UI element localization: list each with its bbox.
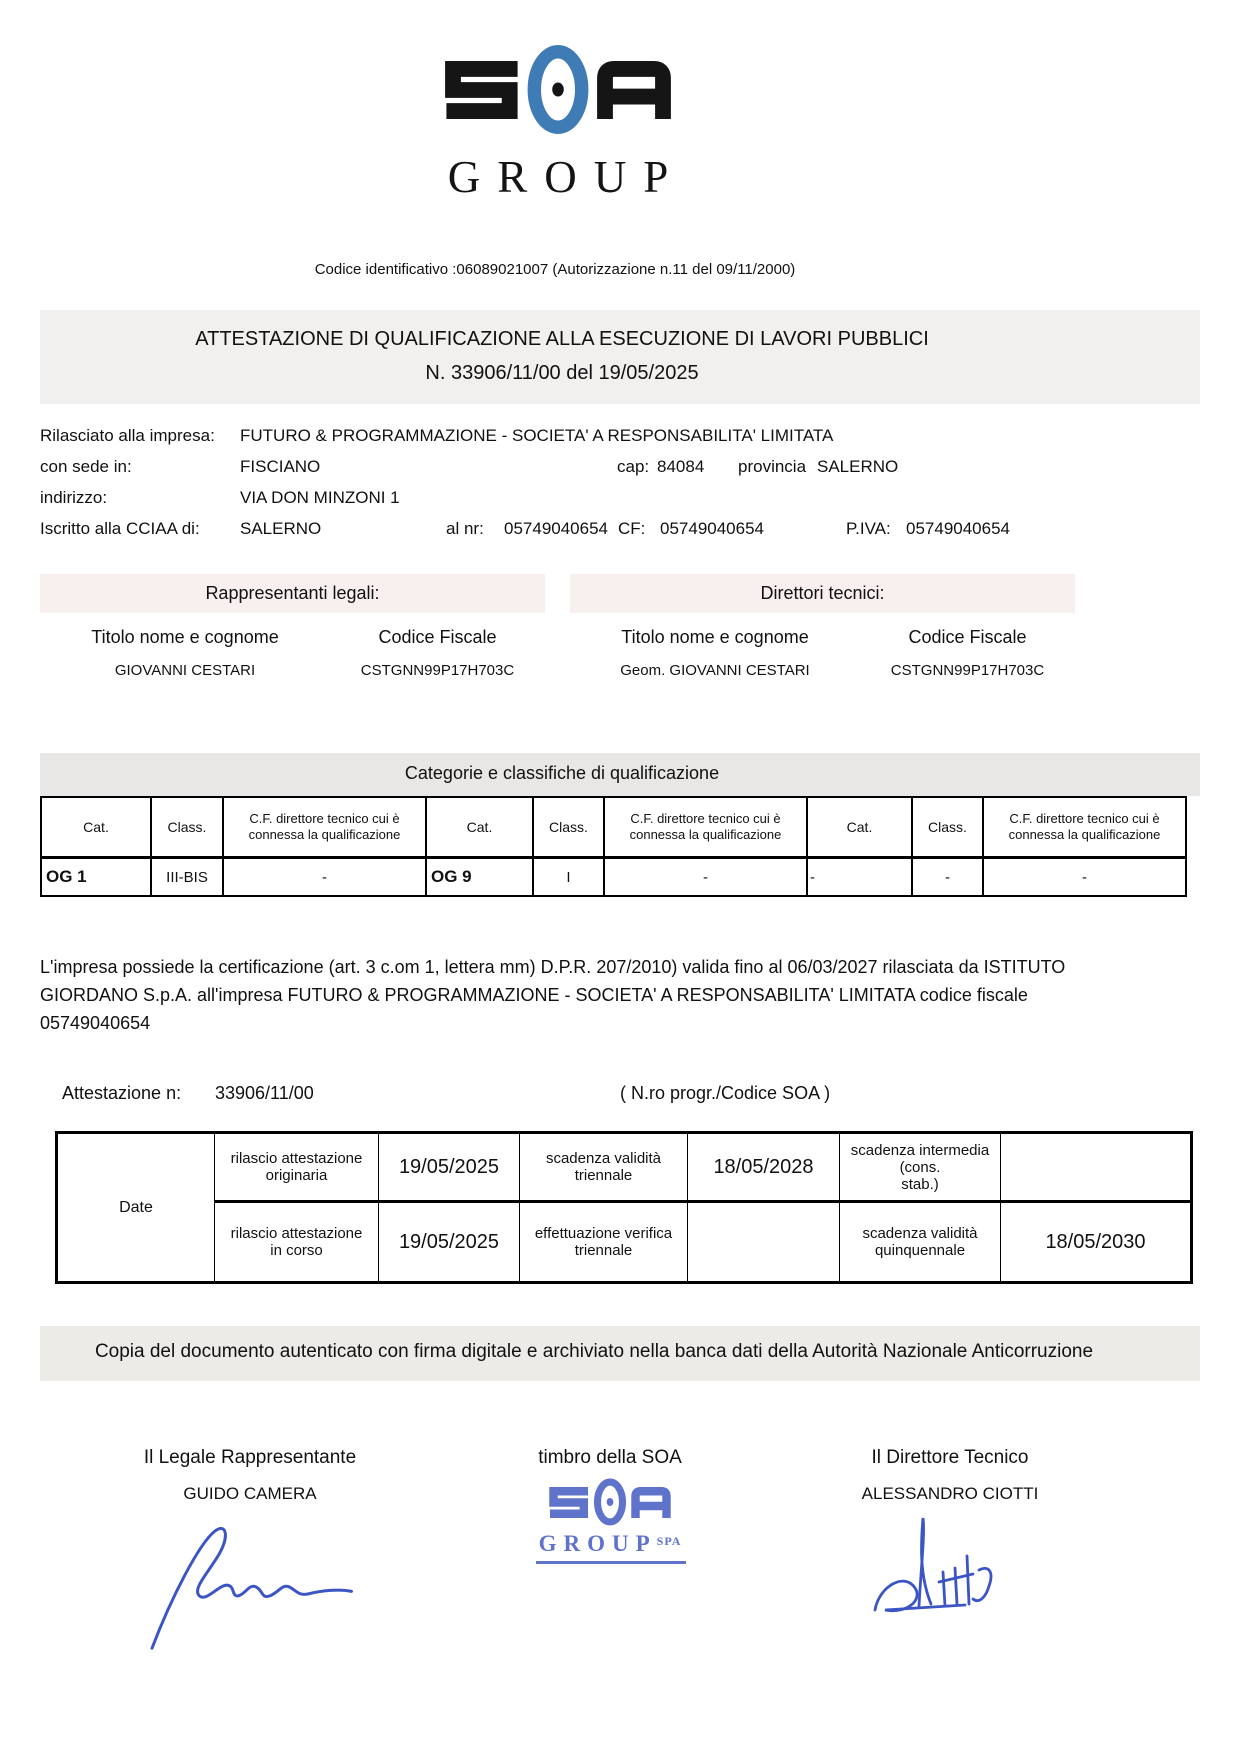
date-row-header: Date	[57, 1133, 215, 1283]
indirizzo-value: VIA DON MINZONI 1	[240, 488, 400, 508]
row-impresa: Rilasciato alla impresa: FUTURO & PROGRA…	[40, 426, 1200, 457]
provincia-value: SALERNO	[817, 457, 898, 477]
categorie-data-row: OG 1 III-BIS - OG 9 I - - - -	[41, 858, 1186, 897]
scadenza-intermedia-label: scadenza intermedia (cons. stab.)	[840, 1133, 1001, 1202]
legali-row: GIOVANNI CESTARI CSTGNN99P17H703C	[40, 662, 545, 679]
document-page: GROUP Codice identificativo :06089021007…	[40, 0, 1200, 1655]
categorie-header-row: Cat. Class. C.F. direttore tecnico cui è…	[41, 797, 1186, 858]
tecnici-row: Geom. GIOVANNI CESTARI CSTGNN99P17H703C	[570, 662, 1075, 679]
row-indirizzo: indirizzo: VIA DON MINZONI 1	[40, 488, 1200, 519]
class-value-3: -	[912, 858, 983, 897]
direttori-tecnici-block: Direttori tecnici: Titolo nome e cognome…	[570, 574, 1075, 679]
verifica-triennale-data	[688, 1202, 840, 1283]
col-cat-1: Cat.	[41, 797, 151, 858]
attestazione-numero: 33906/11/00	[215, 1083, 314, 1104]
company-info: Rilasciato alla impresa: FUTURO & PROGRA…	[40, 426, 1200, 550]
cf-value-3: -	[983, 858, 1186, 897]
alnr-value: 05749040654	[504, 519, 608, 539]
indirizzo-label: indirizzo:	[40, 488, 107, 508]
cap-value: 84084	[657, 457, 704, 477]
logo-group-text: GROUP	[398, 151, 718, 203]
stamp-spa-text: SPA	[657, 1534, 682, 1548]
anticorruzione-banner: Copia del documento autenticato con firm…	[40, 1326, 1200, 1381]
attestazione-title: ATTESTAZIONE DI QUALIFICAZIONE ALLA ESEC…	[54, 322, 1070, 356]
class-value-1: III-BIS	[151, 858, 223, 897]
piva-label: P.IVA:	[846, 519, 891, 539]
col-cat-3: Cat.	[807, 797, 912, 858]
cf-value-1: -	[223, 858, 426, 897]
direttori-header: Direttori tecnici:	[570, 574, 1075, 613]
legali-col-cf: Codice Fiscale	[330, 627, 545, 648]
timbro-title: timbro della SOA	[460, 1447, 760, 1469]
cap-label: cap:	[617, 457, 649, 477]
date-table: Date rilascio attestazione originaria 19…	[55, 1131, 1193, 1284]
cf-label: CF:	[618, 519, 645, 539]
attestazione-label: Attestazione n:	[62, 1083, 181, 1104]
legale-codice-fiscale: CSTGNN99P17H703C	[330, 662, 545, 679]
codice-identificativo: Codice identificativo :06089021007 (Auto…	[40, 261, 1200, 278]
legale-signature-block: Il Legale Rappresentante GUIDO CAMERA	[40, 1447, 460, 1655]
provincia-label: provincia	[738, 457, 806, 477]
scadenza-triennale-label: scadenza validità triennale	[520, 1133, 688, 1202]
impresa-label: Rilasciato alla impresa:	[40, 426, 215, 446]
scadenza-quinquennale-data: 18/05/2030	[1001, 1202, 1192, 1283]
cat-value-1: OG 1	[41, 858, 151, 897]
tecnici-col-cf: Codice Fiscale	[860, 627, 1075, 648]
scadenza-triennale-data: 18/05/2028	[688, 1133, 840, 1202]
col-cf-2: C.F. direttore tecnico cui è connessa la…	[604, 797, 807, 858]
attestazione-line: Attestazione n: 33906/11/00 ( N.ro progr…	[40, 1083, 1200, 1107]
legale-rappresentante-nome: GUIDO CAMERA	[40, 1484, 460, 1504]
tecnici-col-nome: Titolo nome e cognome	[570, 627, 860, 648]
stamp-letter-s-glyph	[549, 1487, 589, 1518]
stamp-group-text: GROUP	[539, 1531, 657, 1556]
legale-nome: GIOVANNI CESTARI	[40, 662, 330, 679]
sede-label: con sede in:	[40, 457, 132, 477]
attestazione-nota: ( N.ro progr./Codice SOA )	[620, 1083, 830, 1104]
class-value-2: I	[533, 858, 604, 897]
piva-value: 05749040654	[906, 519, 1010, 539]
cf-value-2: -	[604, 858, 807, 897]
col-class-2: Class.	[533, 797, 604, 858]
verifica-triennale-label: effettuazione verifica triennale	[520, 1202, 688, 1283]
categorie-header-bar: Categorie e classifiche di qualificazion…	[40, 753, 1200, 796]
rilascio-in-corso-label: rilascio attestazione in corso	[215, 1202, 379, 1283]
rilascio-in-corso-data: 19/05/2025	[379, 1202, 520, 1283]
timbro-block: timbro della SOA GROUPSPA	[460, 1447, 760, 1655]
rilascio-originaria-data: 19/05/2025	[379, 1133, 520, 1202]
col-cf-3: C.F. direttore tecnico cui è connessa la…	[983, 797, 1186, 858]
date-row-2: rilascio attestazione in corso 19/05/202…	[57, 1202, 1192, 1283]
soa-stamp-icon: GROUPSPA	[534, 1477, 686, 1564]
row-sede: con sede in: FISCIANO cap: 84084 provinc…	[40, 457, 1200, 488]
tecnico-nome: Geom. GIOVANNI CESTARI	[570, 662, 860, 679]
rappresentanti-legali-block: Rappresentanti legali: Titolo nome e cog…	[40, 574, 545, 679]
row-cciaa: Iscritto alla CCIAA di: SALERNO al nr: 0…	[40, 519, 1200, 550]
logo-letter-o-glyph	[526, 42, 590, 137]
scadenza-quinquennale-label: scadenza validità quinquennale	[840, 1202, 1001, 1283]
tecnico-codice-fiscale: CSTGNN99P17H703C	[860, 662, 1075, 679]
legale-rappresentante-title: Il Legale Rappresentante	[40, 1447, 460, 1469]
date-row-1: Date rilascio attestazione originaria 19…	[57, 1133, 1192, 1202]
categorie-table: Cat. Class. C.F. direttore tecnico cui è…	[40, 796, 1187, 897]
scadenza-intermedia-data	[1001, 1133, 1192, 1202]
title-bar: ATTESTAZIONE DI QUALIFICAZIONE ALLA ESEC…	[40, 310, 1200, 404]
cat-value-3: -	[807, 858, 912, 897]
people-section: Rappresentanti legali: Titolo nome e cog…	[40, 574, 1200, 679]
cf-value: 05749040654	[660, 519, 764, 539]
stamp-letter-o-glyph	[593, 1477, 627, 1527]
col-cf-1: C.F. direttore tecnico cui è connessa la…	[223, 797, 426, 858]
stamp-letter-a-glyph	[631, 1487, 671, 1518]
sede-value: FISCIANO	[240, 457, 320, 477]
soa-group-logo: GROUP	[398, 0, 718, 203]
certificazione-paragraph: L'impresa possiede la certificazione (ar…	[40, 953, 1090, 1037]
col-class-3: Class.	[912, 797, 983, 858]
logo-letter-s-glyph	[445, 61, 519, 119]
logo-letter-a-glyph	[597, 61, 671, 119]
impresa-value: FUTURO & PROGRAMMAZIONE - SOCIETA' A RES…	[240, 426, 833, 446]
signatures-section: Il Legale Rappresentante GUIDO CAMERA ti…	[40, 1447, 1200, 1655]
direttore-tecnico-nome: ALESSANDRO CIOTTI	[760, 1484, 1140, 1504]
rappresentanti-header: Rappresentanti legali:	[40, 574, 545, 613]
col-class-1: Class.	[151, 797, 223, 858]
cciaa-value: SALERNO	[240, 519, 321, 539]
legali-col-nome: Titolo nome e cognome	[40, 627, 330, 648]
tecnico-signature-block: Il Direttore Tecnico ALESSANDRO CIOTTI	[760, 1447, 1140, 1655]
stamp-underline	[536, 1561, 686, 1564]
legale-signature-icon	[100, 1510, 400, 1650]
rilascio-originaria-label: rilascio attestazione originaria	[215, 1133, 379, 1202]
col-cat-2: Cat.	[426, 797, 533, 858]
cat-value-2: OG 9	[426, 858, 533, 897]
direttore-tecnico-title: Il Direttore Tecnico	[760, 1447, 1140, 1469]
attestazione-number-line: N. 33906/11/00 del 19/05/2025	[54, 356, 1070, 390]
alnr-label: al nr:	[446, 519, 484, 539]
cciaa-label: Iscritto alla CCIAA di:	[40, 519, 200, 539]
tecnico-signature-icon	[855, 1510, 1045, 1630]
